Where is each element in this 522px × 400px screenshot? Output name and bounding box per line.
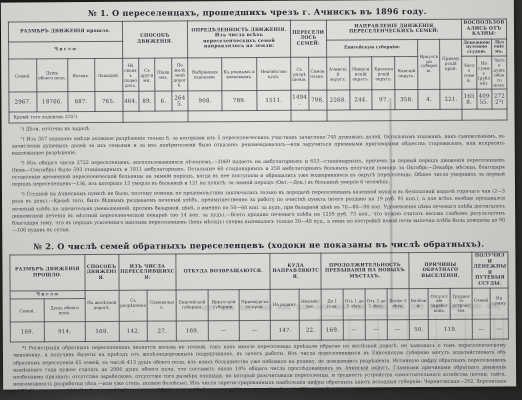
t2-value-cell: 22.	[300, 320, 322, 340]
t1-group-sposob: СПОСОБЪ ДВИЖЕНІЯ.	[122, 21, 188, 58]
t1-sub-eniseyskaya: Енисейскую губернію:	[326, 39, 418, 57]
t1-col-header: Пѣшкомъ.	[155, 58, 172, 91]
t2-value-cell: 147.	[271, 320, 300, 340]
t1-col-header: Минусинскій округъ.	[349, 57, 372, 90]
t1-col-header: Красноярскій округъ.	[372, 57, 395, 90]
t1-col-header: Ачинскій округъ.	[326, 57, 349, 90]
t1-group-opredelennost: ОПРЕДѢЛЕННОСТЬ ДВИЖЕНІЯ. Изъ числа всѣхъ…	[188, 20, 291, 58]
footnote-4: ⁴) Ссудной на Ачинскомъ пунктѣ не было, …	[12, 189, 505, 235]
t2-group-sposob: СПОСОБЪ ДВИЖЕНІЯ.	[85, 255, 119, 291]
t2-col-header: Самовольно.	[148, 290, 177, 321]
t1-col-priamurskiy: Приамурскій край.	[440, 39, 462, 90]
footnotes-table1: ¹) Дѣти, сочтены въ задачѣ. ²) Изъ 357 х…	[12, 124, 506, 235]
t1-col-header: Возовъ.	[67, 58, 94, 91]
t2-value-cell: 142.	[119, 321, 148, 341]
t2-value-cell: —	[239, 321, 270, 341]
table1: РАЗМѢРЪ ДВИЖЕНІЯ прошло. СПОСОБЪ ДВИЖЕНІ…	[8, 18, 508, 123]
t1-group-pereselilos: ПЕРЕСЕЛИЛОСЬ СЕМЕЙ:	[290, 20, 326, 57]
t1-col-header: Душъ обоего пола.	[37, 59, 68, 92]
t1-note: Кромѣ того ходоковъ 235²)	[9, 112, 123, 124]
footnote-1: ¹) Дѣти, сочтены въ задачѣ.	[12, 124, 505, 134]
t2-value-cell: 27.	[148, 321, 177, 341]
footnote-2: ²) Изъ 357 ходоковъ имѣли должное разрѣш…	[12, 133, 505, 158]
t1-value-cell: 2645.	[172, 91, 189, 111]
t1-col-header: Семей.	[9, 59, 37, 92]
t1-value-cell: 221.	[440, 89, 462, 109]
t2-value-cell: —	[208, 321, 239, 341]
t1-value-cell: 244.	[349, 90, 372, 110]
t1-group-napravlenie: НАПРАВЛЕНІЕ ДВИЖЕНІЯ ПЕРЕСЕЛЕНЧЕСКИХЪ СЕ…	[326, 19, 462, 39]
t1-sub-lechenie: Лѣченіемъ.	[491, 38, 506, 56]
t1-col-header: Лошадей.	[94, 58, 122, 91]
t2-group-prodolzhitelnost: ПРОДОЛЖИТЕЛЬНОСТЬ ПРЕБЫВАНІЯ НА НОВЫХЪ М…	[321, 253, 409, 290]
t1-col-header: Выбранныя ходоками.	[188, 58, 222, 91]
t1-col-header: Неизвѣстно куда.	[257, 57, 291, 90]
t2-group-razmer: РАЗМѢРЪ ДВИЖЕНІЯ ПРОШЛО.	[10, 255, 85, 291]
table2-group-row: РАЗМѢРЪ ДВИЖЕНІЯ ПРОШЛО. СПОСОБЪ ДВИЖЕНІ…	[10, 252, 508, 291]
t1-value-cell: 97.	[372, 90, 395, 110]
t1-value-cell: 6.	[155, 91, 172, 111]
t2-group-poluchili: ПОЛУЧИЛИ ДЕНЕЖНЫЯ ПУТЕВЫЯ ССУДЫ.	[472, 252, 508, 288]
t1-col-header: Самовольно.	[308, 57, 326, 90]
table2-title: № 2. О числѣ семей обратныхъ переселенце…	[10, 239, 507, 252]
t1-value-cell: 18766.	[37, 92, 68, 112]
t1-value-cell: 40955.	[476, 89, 492, 109]
t2-col-header: Душъ обоего пола.	[44, 299, 85, 322]
t1-value-cell: 1494.	[291, 90, 309, 110]
t1-col-header: На сумму (рублей).	[476, 56, 492, 89]
t1-col-header: По желѣзной дорогѣ.	[171, 58, 188, 91]
t1-col-header: Къ роднымъ и знакомымъ.	[222, 57, 257, 90]
t1-col-header: Канскій округъ.	[395, 57, 418, 90]
t2-group-prichiny: ПРИЧИНЫ ОБРАТНАГО ВЫСЕЛЕНІЯ.	[409, 252, 472, 288]
t2-value-cell: 169.	[10, 322, 44, 342]
t2-group-izchisla: ИЗЪ ЧИСЛА ПЕРЕСЕЛИВШИХСЯ:	[118, 254, 176, 290]
t1-value-cell: 358.	[395, 90, 418, 110]
t2-col-header: Семей.	[10, 299, 44, 322]
table1-title: № 1. О переселенцахъ, прошедшихъ чрезъ г…	[9, 5, 506, 18]
t1-value-cell: 798.	[309, 90, 327, 110]
t2-col-header: Съ разрѣшенія.	[119, 290, 148, 321]
t1-col-header: Съ разрѣшенія.	[290, 57, 308, 90]
table1-note-row: Кромѣ того ходоковъ 235²)	[9, 109, 507, 123]
t1-sub-chislo: Ч и с л о:	[9, 41, 123, 59]
t1-value-cell: 687.	[68, 92, 95, 112]
document-page: № 1. О переселенцахъ, прошедшихъ чрезъ г…	[1, 0, 516, 390]
t1-col-header: Число душъ обоего пола.	[492, 56, 507, 89]
t1-value-cell: 4.	[418, 90, 440, 110]
table2-subgroup-row: Ч и с л о: По желѣзной дорогѣ. Съ разрѣш…	[10, 288, 508, 299]
t1-col-irkutskaya: Иркутскую губернію.	[418, 39, 440, 90]
t1-value-cell: 765.	[95, 92, 123, 112]
t2-value-cell: 914.	[44, 322, 85, 342]
footnote-3: ³) Изъ общаго числа 2722 переселенцевъ, …	[12, 157, 505, 189]
t2-value-cell: 169.	[85, 321, 119, 341]
t2-group-otkuda: ОТКУДА ВОЗВРАЩАЮТСЯ.	[176, 254, 270, 291]
t1-col-header: Число семей.	[462, 56, 477, 89]
t1-col-header: На своихъ подводахъ.	[122, 58, 139, 91]
t1-group-vospolzovalis: ВОСПОЛЬЗОВАЛИСЬ ОТЪ КАЗНЫ:	[461, 19, 506, 39]
t1-value-cell: 908.	[188, 91, 222, 111]
t1-value-cell: 1658.	[462, 89, 477, 109]
t1-value-cell: 2967.	[9, 92, 37, 112]
t2-group-kuda: КУДА НАПРАВЛЯЮТСЯ.	[270, 253, 321, 289]
t1-col-header: Съ другими.	[139, 58, 156, 91]
t1-value-cell: 1511.	[257, 90, 291, 110]
t1-group-razmer: РАЗМѢРЪ ДВИЖЕНІЯ прошло.	[8, 21, 122, 41]
t1-sub-ssuda: Денежною путевою ссудою.	[462, 39, 492, 57]
t1-value-cell: 464.	[122, 91, 139, 111]
t2-value-cell: 169.	[177, 321, 208, 341]
t1-value-cell: 89.	[139, 91, 156, 111]
t1-value-cell: 2722³)	[492, 89, 507, 109]
bleed-through-table-ghost	[320, 315, 504, 372]
t2-col-header: По желѣзной дорогѣ.	[85, 291, 119, 322]
t1-value-cell: 2268.	[326, 90, 349, 110]
t1-value-cell: 789.	[222, 91, 257, 111]
